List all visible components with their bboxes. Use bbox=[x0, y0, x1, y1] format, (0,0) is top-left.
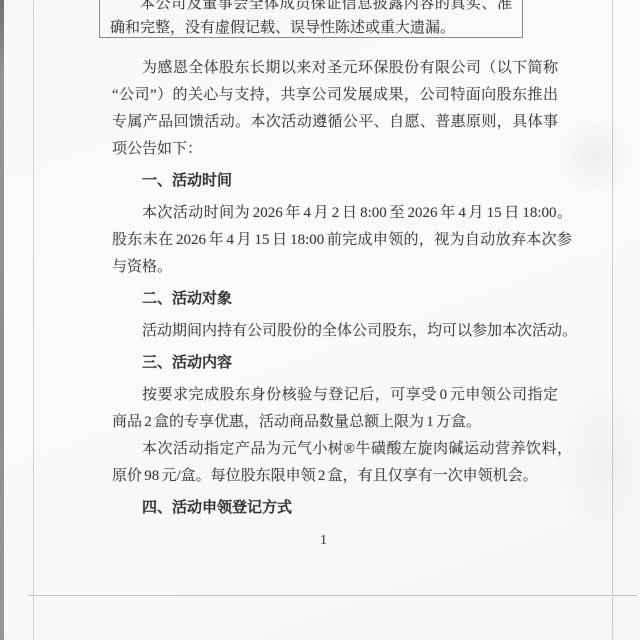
announcement-body: 为感恩全体股东长期以来对圣元环保股份有限公司（以下简称“公司”）的关心与支持，共… bbox=[112, 55, 558, 527]
section-2-paragraph: 活动期间内持有公司股份的全体公司股东，均可以参加本次活动。 bbox=[112, 318, 558, 345]
section-3-heading: 三、活动内容 bbox=[112, 350, 558, 377]
page-right-border bbox=[612, 0, 613, 640]
photo-edge-strip bbox=[0, 0, 4, 640]
section-2-heading: 二、活动对象 bbox=[112, 286, 558, 313]
section-1-paragraph: 本次活动时间为 2026 年 4 月 2 日 8:00 至 2026 年 4 月… bbox=[112, 200, 572, 281]
photo-shading bbox=[560, 380, 640, 540]
disclaimer-text: 本公司及董事会全体成员保证信息披露内容的真实、准确和完整，没有虚假记载、误导性陈… bbox=[110, 0, 512, 38]
intro-paragraph: 为感恩全体股东长期以来对圣元环保股份有限公司（以下简称“公司”）的关心与支持，共… bbox=[112, 55, 558, 163]
page-number: 1 bbox=[35, 531, 612, 551]
section-1-heading: 一、活动时间 bbox=[112, 168, 558, 195]
page-bottom-border bbox=[28, 595, 637, 596]
document-photo: 本公司及董事会全体成员保证信息披露内容的真实、准确和完整，没有虚假记载、误导性陈… bbox=[0, 0, 640, 640]
section-4-heading: 四、活动申领登记方式 bbox=[112, 495, 558, 522]
section-3-paragraph-2: 本次活动指定产品为元气小树®牛磺酸左旋肉碱运动营养饮料，原价 98 元/盒。每位… bbox=[112, 436, 572, 490]
disclaimer-box: 本公司及董事会全体成员保证信息披露内容的真实、准确和完整，没有虚假记载、误导性陈… bbox=[99, 0, 523, 38]
page-left-border bbox=[33, 0, 34, 640]
photo-shading bbox=[555, 110, 635, 200]
section-3-paragraph-1: 按要求完成股东身份核验与登记后，可享受 0 元申领公司指定商品 2 盒的专享优惠… bbox=[112, 382, 558, 436]
